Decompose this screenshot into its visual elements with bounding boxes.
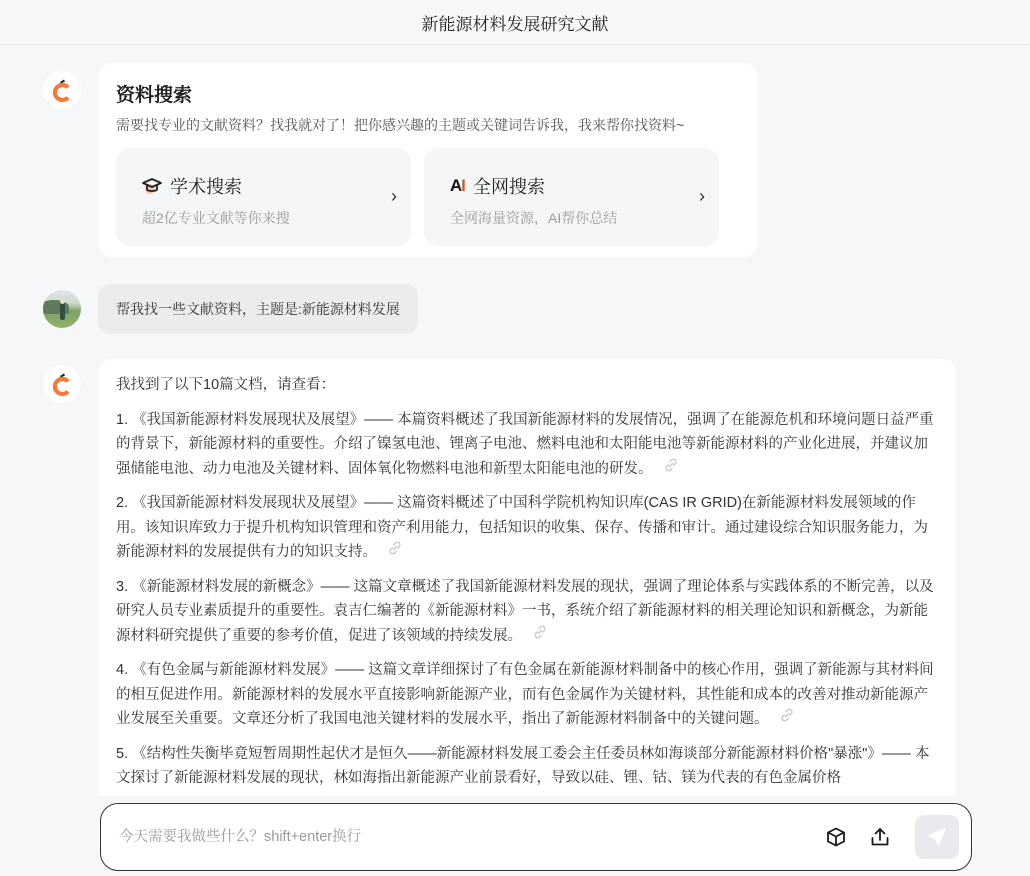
upload-icon [869, 826, 891, 848]
chevron-right-icon: › [699, 186, 705, 207]
send-button[interactable] [915, 815, 959, 859]
bot-answer: 我找到了以下10篇文档，请查看： 1. 《我国新能源材料发展现状及展望》—— 本… [98, 359, 956, 796]
page-header: 新能源材料发展研究文献 [0, 0, 1030, 45]
link-icon[interactable] [779, 707, 795, 732]
academic-search-label: 学术搜索 [170, 173, 242, 199]
result-item: 5. 《结构性失衡毕竟短暂周期性起伏才是恒久——新能源材料发展工委会主任委员林如… [116, 742, 938, 791]
result-item: 1. 《我国新能源材料发展现状及展望》—— 本篇资料概述了我国新能源材料的发展情… [116, 408, 938, 482]
result-item: 2. 《我国新能源材料发展现状及展望》—— 这篇资料概述了中国科学院机构知识库(… [116, 491, 938, 565]
result-item: 3. 《新能源材料发展的新概念》—— 这篇文章概述了我国新能源材料发展的现状，强… [116, 575, 938, 649]
page-title: 新能源材料发展研究文献 [422, 10, 609, 35]
graduation-cap-icon [142, 176, 162, 196]
link-icon[interactable] [387, 540, 403, 565]
user-avatar [43, 290, 81, 328]
link-icon[interactable] [663, 457, 679, 482]
upload-button[interactable] [868, 825, 892, 849]
search-intro-card: 资料搜索 需要找专业的文献资料？找我就对了！把你感兴趣的主题或关键词告诉我，我来… [98, 63, 758, 257]
result-text: 4. 《有色金属与新能源材料发展》—— 这篇文章详细探讨了有色金属在新能源材料制… [116, 662, 934, 727]
result-text: 2. 《我国新能源材料发展现状及展望》—— 这篇资料概述了中国科学院机构知识库(… [116, 495, 928, 560]
result-text: 5. 《结构性失衡毕竟短暂周期性起伏才是恒久——新能源材料发展工委会主任委员林如… [116, 746, 929, 787]
web-search-option[interactable]: AI 全网搜索 全网海量资源，AI帮你总结 › [424, 148, 719, 246]
result-text: 1. 《我国新能源材料发展现状及展望》—— 本篇资料概述了我国新能源材料的发展情… [116, 412, 934, 477]
user-message-text: 帮我找一些文献资料，主题是:新能源材料发展 [116, 299, 400, 319]
result-item: 4. 《有色金属与新能源材料发展》—— 这篇文章详细探讨了有色金属在新能源材料制… [116, 658, 938, 732]
message-input[interactable] [119, 824, 759, 850]
web-search-subtitle: 全网海量资源，AI帮你总结 [450, 208, 617, 228]
result-text: 3. 《新能源材料发展的新概念》—— 这篇文章概述了我国新能源材料发展的现状，强… [116, 579, 934, 644]
academic-search-subtitle: 超2亿专业文献等你来搜 [142, 208, 290, 228]
brand-logo-icon [49, 370, 75, 398]
composer [100, 803, 972, 871]
answer-intro: 我找到了以下10篇文档，请查看： [116, 373, 938, 398]
link-icon[interactable] [532, 624, 548, 649]
search-card-title: 资料搜索 [116, 80, 192, 107]
user-message-bubble: 帮我找一些文献资料，主题是:新能源材料发展 [98, 284, 418, 334]
ai-icon: AI [450, 176, 465, 196]
bot-avatar [43, 365, 81, 403]
plugin-button[interactable] [824, 825, 848, 849]
brand-logo-icon [49, 76, 75, 104]
chat-area[interactable]: 资料搜索 需要找专业的文献资料？找我就对了！把你感兴趣的主题或关键词告诉我，我来… [0, 46, 1030, 796]
web-search-label: 全网搜索 [473, 173, 545, 199]
send-icon [926, 826, 948, 848]
bot-avatar [43, 71, 81, 109]
academic-search-option[interactable]: 学术搜索 超2亿专业文献等你来搜 › [116, 148, 411, 246]
search-card-description: 需要找专业的文献资料？找我就对了！把你感兴趣的主题或关键词告诉我，我来帮你找资料… [116, 115, 684, 135]
chevron-right-icon: › [391, 186, 397, 207]
cube-icon [825, 826, 847, 848]
